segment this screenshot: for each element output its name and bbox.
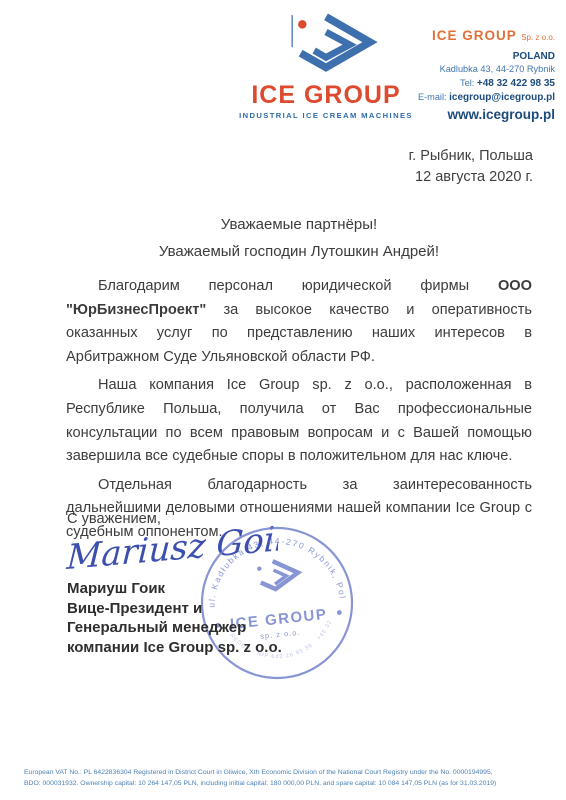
logo-tagline: INDUSTRIAL ICE CREAM MACHINES bbox=[228, 111, 424, 120]
company-email-line: E-mail: icegroup@icegroup.pl bbox=[418, 91, 555, 104]
salutation-line-1: Уважаемые партнёры! bbox=[66, 211, 532, 238]
salutation: Уважаемые партнёры! Уважаемый господин Л… bbox=[66, 211, 532, 265]
date-value: 12 августа 2020 г. bbox=[409, 167, 533, 188]
signer-title-2: Генеральный менеджер bbox=[67, 618, 282, 638]
signer-title-1: Вице-Президент и bbox=[67, 599, 282, 619]
company-suffix: Sp. z o.o. bbox=[521, 33, 555, 42]
company-website: www.icegroup.pl bbox=[418, 106, 555, 124]
logo-wordmark: ICE GROUP bbox=[228, 83, 424, 108]
body-paragraph-1: Благодарим персонал юридической фирмы ОО… bbox=[66, 275, 532, 369]
footer-line-2: BDO: 000031932. Ownership capital: 10 26… bbox=[24, 779, 554, 790]
company-country: POLAND bbox=[418, 50, 555, 63]
p1-text: Благодарим персонал юридической фирмы bbox=[98, 278, 498, 294]
date-place: г. Рыбник, Польша bbox=[409, 146, 533, 167]
contact-company-line: ICE GROUP Sp. z o.o. bbox=[418, 26, 555, 47]
phone-label: Tel: bbox=[460, 78, 477, 88]
ice-group-diamond-icon bbox=[266, 10, 386, 76]
company-name: ICE GROUP bbox=[432, 28, 517, 43]
phone-number: +48 32 422 98 35 bbox=[477, 78, 555, 89]
company-address: Kadlubka 43, 44-270 Rybnik bbox=[418, 64, 555, 76]
signer-block: Мариуш Гоик Вице-Президент и Генеральный… bbox=[67, 579, 282, 657]
body-paragraph-2: Наша компания Ice Group sp. z o.o., расп… bbox=[66, 374, 532, 468]
signer-company: компании Ice Group sp. z o.o. bbox=[67, 638, 282, 658]
email-label: E-mail: bbox=[418, 92, 449, 102]
dateline: г. Рыбник, Польша 12 августа 2020 г. bbox=[409, 146, 533, 188]
footer-line-1: European VAT No.: PL 6422836304 Register… bbox=[24, 768, 554, 779]
letter-body: Благодарим персонал юридической фирмы ОО… bbox=[66, 275, 532, 550]
email-address: icegroup@icegroup.pl bbox=[449, 92, 555, 103]
salutation-line-2: Уважаемый господин Лутошкин Андрей! bbox=[66, 238, 532, 265]
company-phone-line: Tel: +48 32 422 98 35 bbox=[418, 77, 555, 90]
legal-footer: European VAT No.: PL 6422836304 Register… bbox=[24, 768, 554, 789]
signer-name: Мариуш Гоик bbox=[67, 579, 282, 599]
letterhead-logo: ICE GROUP INDUSTRIAL ICE CREAM MACHINES bbox=[228, 10, 424, 120]
letter-page: ICE GROUP INDUSTRIAL ICE CREAM MACHINES … bbox=[0, 0, 566, 800]
contact-block: ICE GROUP Sp. z o.o. POLAND Kadlubka 43,… bbox=[418, 26, 555, 123]
